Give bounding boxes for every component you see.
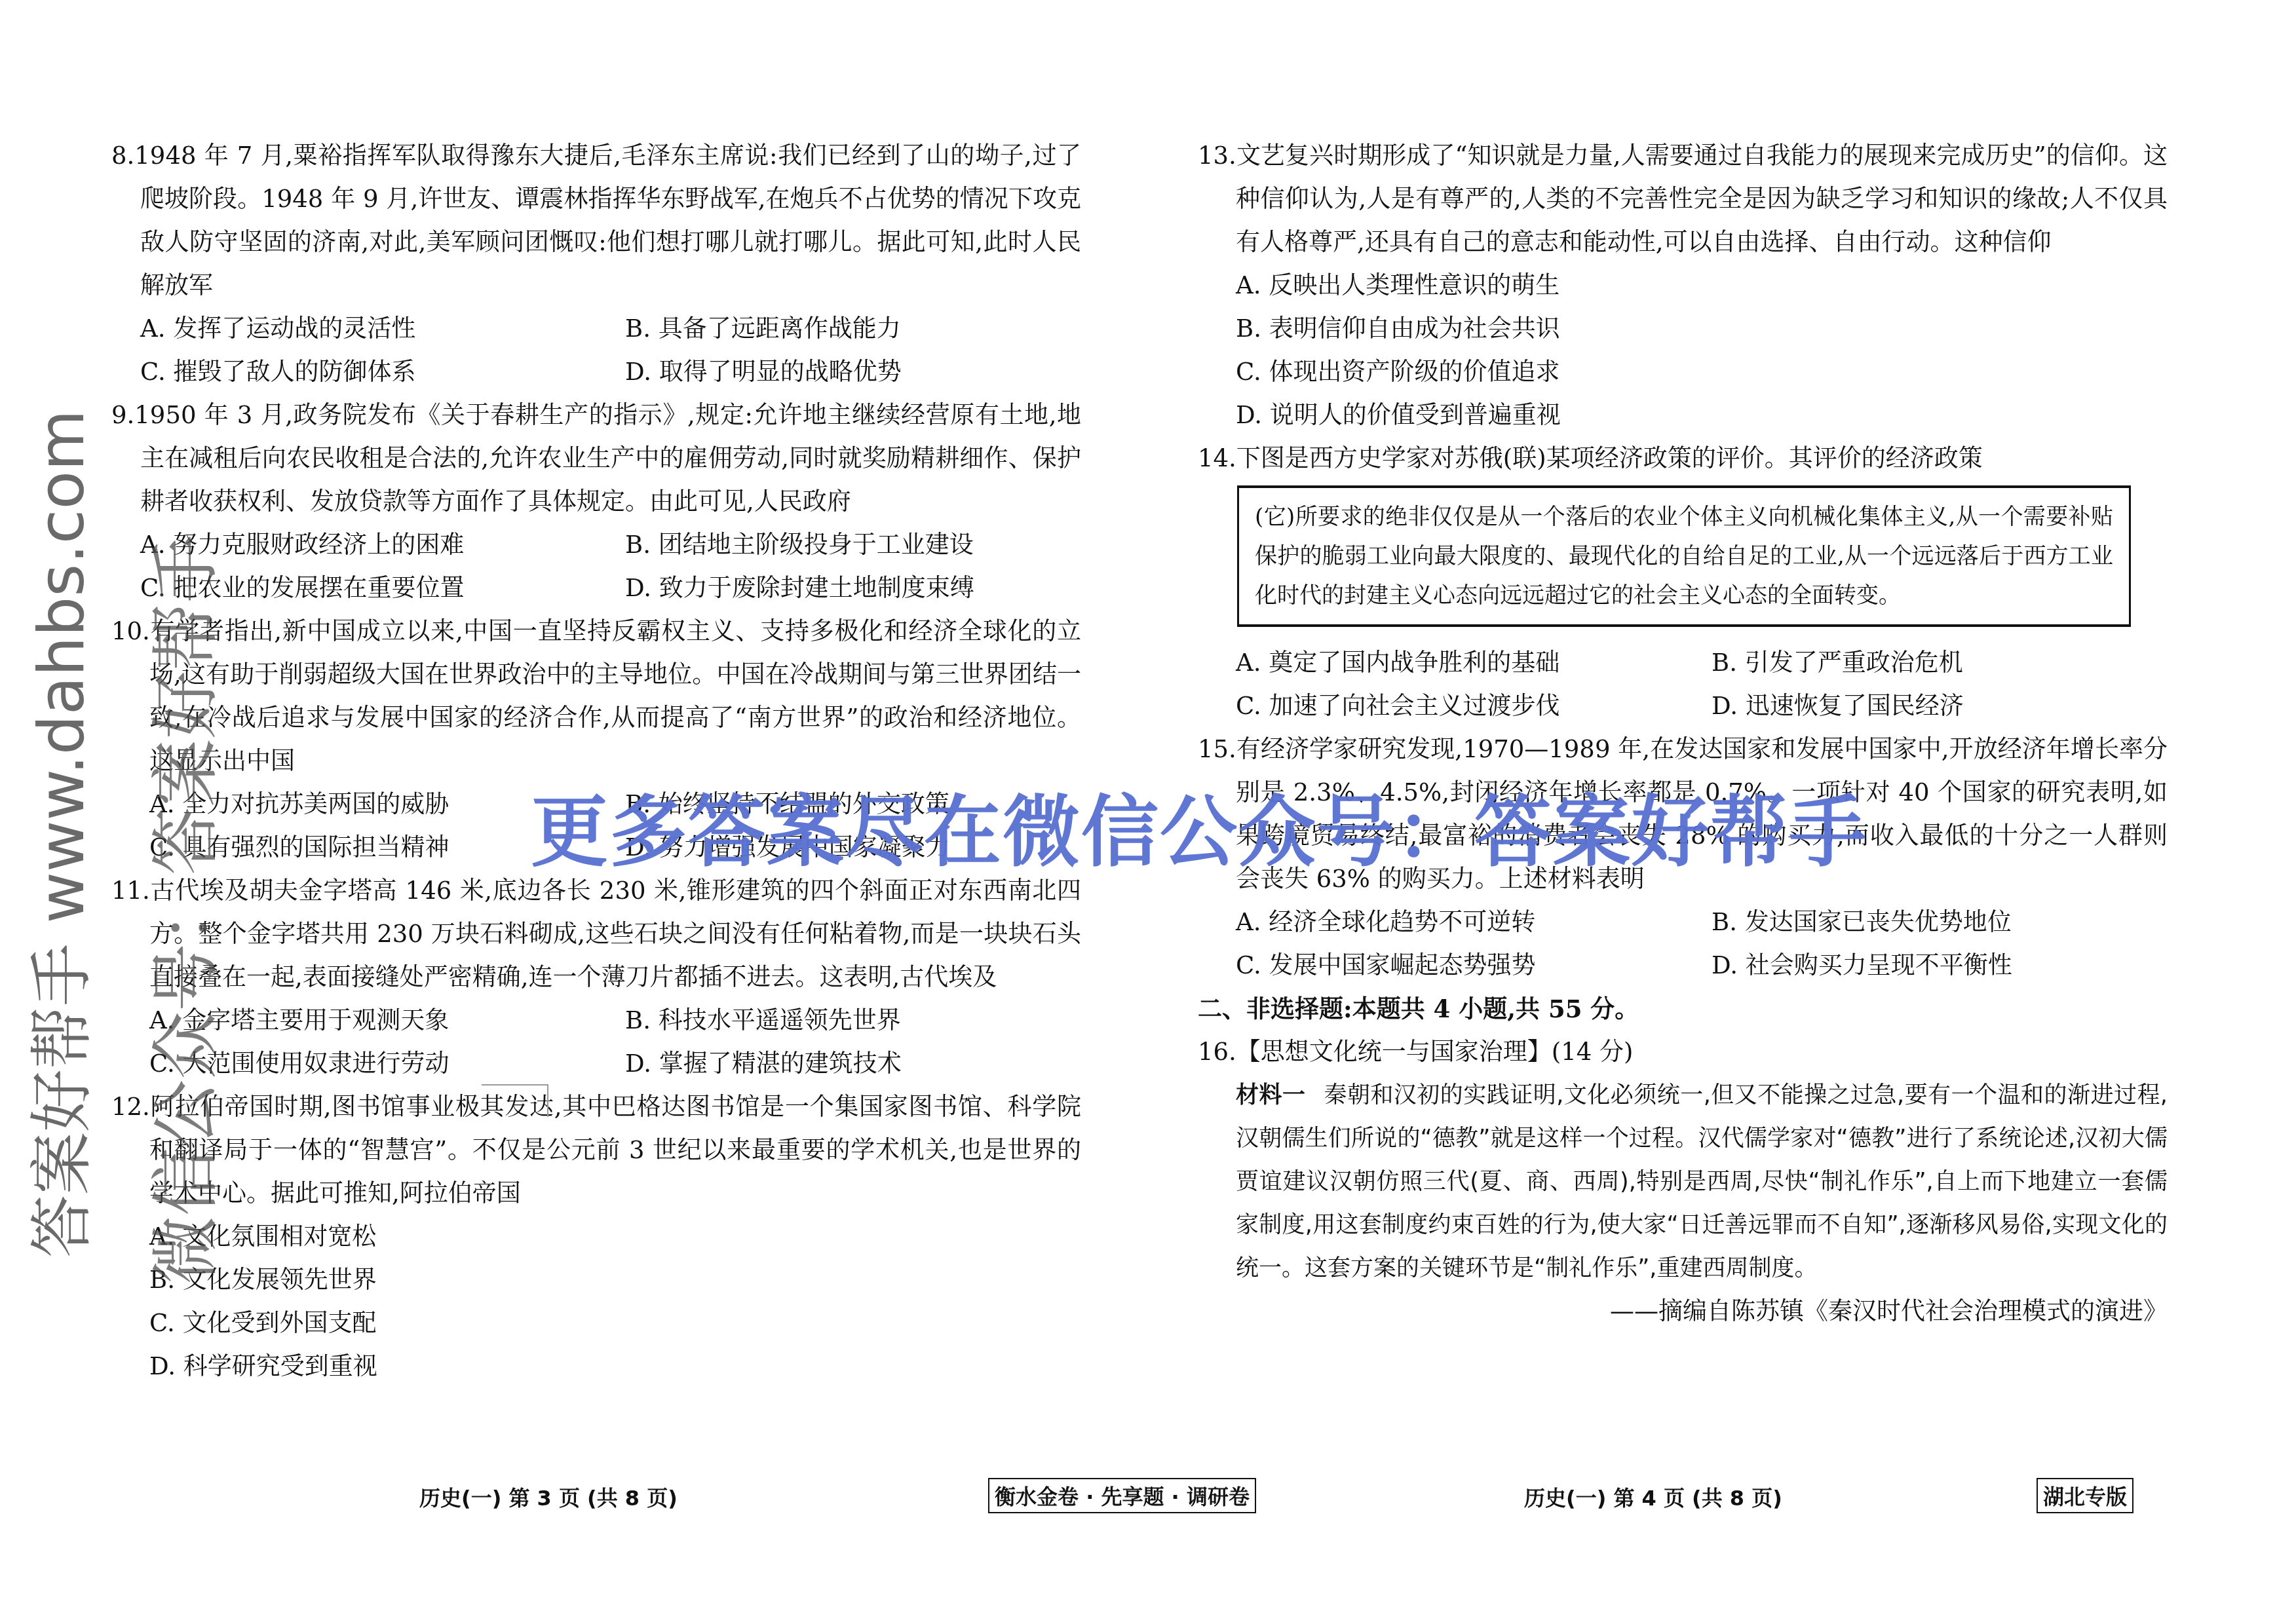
material-one: 材料一秦朝和汉初的实践证明,文化必须统一,但又不能操之过急,要有一个温和的渐进过… [1198, 1074, 2168, 1290]
option-a: A. 经济全球化趋势不可逆转 [1236, 901, 1712, 944]
question-number: 8. [111, 142, 134, 170]
question-number: 16. [1198, 1038, 1236, 1066]
options: A. 努力克服财政经济上的困难 B. 团结地主阶级投身于工业建设 C. 把农业的… [111, 523, 1081, 610]
option-b: B. 科技水平遥遥领先世界 [625, 999, 1101, 1042]
option-d: D. 掌握了精湛的建筑技术 [625, 1042, 1101, 1086]
question-13: 13.文艺复兴时期形成了“知识就是力量,人需要通过自我能力的展现来完成历史”的信… [1198, 134, 2168, 437]
question-text: 阿拉伯帝国时期,图书馆事业极其发达,其中巴格达图书馆是一个集国家图书馆、科学院和… [149, 1093, 1081, 1207]
question-9: 9.1950 年 3 月,政务院发布《关于春耕生产的指示》,规定:允许地主继续经… [111, 394, 1081, 610]
question-stem: 8.1948 年 7 月,粟裕指挥军队取得豫东大捷后,毛泽东主席说:我们已经到了… [111, 134, 1081, 307]
question-8: 8.1948 年 7 月,粟裕指挥军队取得豫东大捷后,毛泽东主席说:我们已经到了… [111, 134, 1081, 394]
option-d: D. 迅速恢复了国民经济 [1712, 685, 2187, 728]
question-text: 有学者指出,新中国成立以来,中国一直坚持反霸权主义、支持多极化和经济全球化的立场… [149, 617, 1081, 775]
option-b: B. 引发了严重政治危机 [1712, 641, 2187, 685]
option-a: A. 文化氛围相对宽松 [149, 1215, 1081, 1258]
question-number: 15. [1198, 735, 1236, 763]
option-d: D. 社会购买力呈现不平衡性 [1712, 944, 2187, 987]
options: A. 金字塔主要用于观测天象 B. 科技水平遥遥领先世界 C. 大范围使用奴隶进… [111, 999, 1081, 1086]
question-text: 下图是西方史学家对苏俄(联)某项经济政策的评价。其评价的经济政策 [1236, 444, 1983, 472]
option-d: D. 致力于废除封建土地制度束缚 [625, 567, 1110, 610]
watermark-wechat: 微信公众号：答案好帮手 [131, 535, 229, 1284]
option-c: C. 文化受到外国支配 [149, 1302, 1081, 1345]
material-source: ——摘编自陈苏镇《秦汉时代社会治理模式的演进》 [1198, 1290, 2168, 1333]
material-text: 秦朝和汉初的实践证明,文化必须统一,但又不能操之过急,要有一个温和的渐进过程,汉… [1236, 1082, 2168, 1281]
question-stem: 16.【思想文化统一与国家治理】(14 分) [1198, 1030, 2168, 1074]
question-title: 【思想文化统一与国家治理】(14 分) [1236, 1038, 1634, 1066]
options: A. 反映出人类理性意识的萌生 B. 表明信仰自由成为社会共识 C. 体现出资产… [1198, 264, 2168, 437]
question-text: 古代埃及胡夫金字塔高 146 米,底边各长 230 米,锥形建筑的四个斜面正对东… [149, 877, 1081, 991]
quote-box: (它)所要求的绝非仅仅是从一个落后的农业个体主义向机械化集体主义,从一个需要补贴… [1237, 485, 2131, 627]
question-text: 1948 年 7 月,粟裕指挥军队取得豫东大捷后,毛泽东主席说:我们已经到了山的… [134, 142, 1081, 299]
options: A. 发挥了运动战的灵活性 B. 具备了远距离作战能力 C. 摧毁了敌人的防御体… [111, 307, 1081, 394]
options: A. 文化氛围相对宽松 B. 文化发展领先世界 C. 文化受到外国支配 D. 科… [111, 1215, 1081, 1388]
option-d: D. 取得了明显的战略优势 [625, 350, 1110, 394]
option-b: B. 具备了远距离作战能力 [625, 307, 1110, 350]
option-b: B. 团结地主阶级投身于工业建设 [625, 523, 1110, 567]
left-column: 8.1948 年 7 月,粟裕指挥军队取得豫东大捷后,毛泽东主席说:我们已经到了… [111, 134, 1081, 1388]
question-14: 14.下图是西方史学家对苏俄(联)某项经济政策的评价。其评价的经济政策 (它)所… [1198, 437, 2168, 728]
question-11: 11.古代埃及胡夫金字塔高 146 米,底边各长 230 米,锥形建筑的四个斜面… [111, 869, 1081, 1086]
option-b: B. 文化发展领先世界 [149, 1258, 1081, 1302]
option-c: C. 摧毁了敌人的防御体系 [140, 350, 625, 394]
footer-edition: 湖北专版 [2037, 1478, 2133, 1513]
footer-left-page: 历史(一) 第 3 页 (共 8 页) [419, 1482, 678, 1512]
question-text: 文艺复兴时期形成了“知识就是力量,人需要通过自我能力的展现来完成历史”的信仰。这… [1236, 142, 2168, 256]
option-d: D. 科学研究受到重视 [149, 1345, 1081, 1388]
footer-brand: 衡水金卷 · 先享题 · 调研卷 [988, 1478, 1256, 1513]
option-b: B. 发达国家已丧失优势地位 [1712, 901, 2187, 944]
question-stem: 9.1950 年 3 月,政务院发布《关于春耕生产的指示》,规定:允许地主继续经… [111, 394, 1081, 523]
watermark-banner: 更多答案尽在微信公众号：答案好帮手 [531, 770, 1867, 881]
option-a: A. 奠定了国内战争胜利的基础 [1236, 641, 1712, 685]
question-12: 12.阿拉伯帝国时期,图书馆事业极其发达,其中巴格达图书馆是一个集国家图书馆、科… [111, 1086, 1081, 1388]
watermark-site: 答案好帮手 www.dahbs.com [12, 409, 102, 1258]
scan-mark [482, 1084, 548, 1117]
option-a: A. 反映出人类理性意识的萌生 [1236, 264, 2168, 307]
options: A. 奠定了国内战争胜利的基础 B. 引发了严重政治危机 C. 加速了向社会主义… [1198, 641, 2168, 728]
question-stem: 10.有学者指出,新中国成立以来,中国一直坚持反霸权主义、支持多极化和经济全球化… [111, 610, 1081, 783]
question-number: 14. [1198, 444, 1236, 472]
option-c: C. 发展中国家崛起态势强势 [1236, 944, 1712, 987]
option-b: B. 表明信仰自由成为社会共识 [1236, 307, 2168, 350]
options: A. 经济全球化趋势不可逆转 B. 发达国家已丧失优势地位 C. 发展中国家崛起… [1198, 901, 2168, 987]
question-16: 16.【思想文化统一与国家治理】(14 分) 材料一秦朝和汉初的实践证明,文化必… [1198, 1030, 2168, 1333]
question-stem: 13.文艺复兴时期形成了“知识就是力量,人需要通过自我能力的展现来完成历史”的信… [1198, 134, 2168, 264]
material-label: 材料一 [1236, 1082, 1305, 1108]
question-number: 13. [1198, 142, 1236, 170]
question-stem: 11.古代埃及胡夫金字塔高 146 米,底边各长 230 米,锥形建筑的四个斜面… [111, 869, 1081, 999]
question-stem: 12.阿拉伯帝国时期,图书馆事业极其发达,其中巴格达图书馆是一个集国家图书馆、科… [111, 1086, 1081, 1215]
option-c: C. 体现出资产阶级的价值追求 [1236, 350, 2168, 394]
section-heading: 二、非选择题:本题共 4 小题,共 55 分。 [1198, 987, 2168, 1030]
question-number: 9. [111, 401, 134, 429]
option-a: A. 发挥了运动战的灵活性 [140, 307, 625, 350]
question-text: 1950 年 3 月,政务院发布《关于春耕生产的指示》,规定:允许地主继续经营原… [134, 401, 1081, 516]
footer-right-page: 历史(一) 第 4 页 (共 8 页) [1524, 1482, 1782, 1512]
right-column: 13.文艺复兴时期形成了“知识就是力量,人需要通过自我能力的展现来完成历史”的信… [1198, 134, 2168, 1333]
question-stem: 14.下图是西方史学家对苏俄(联)某项经济政策的评价。其评价的经济政策 [1198, 437, 2168, 480]
option-d: D. 说明人的价值受到普遍重视 [1236, 394, 2168, 437]
option-c: C. 加速了向社会主义过渡步伐 [1236, 685, 1712, 728]
